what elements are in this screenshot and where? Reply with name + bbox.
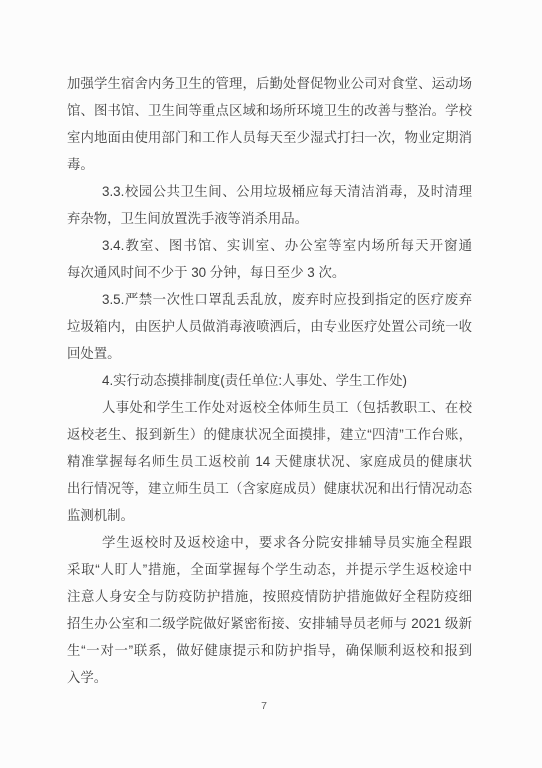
text-line: 毒。 [67, 151, 472, 178]
text-line: 3.3.校园公共卫生间、公用垃圾桶应每天清洁消毒，及时清理废 [67, 178, 472, 205]
text-block: 加强学生宿舍内务卫生的管理，后勤处督促物业公司对食堂、运动场馆、图书馆、卫生间等… [67, 70, 472, 691]
text-line: 人事处和学生工作处对返校全体师生员工（包括教职工、在校生、 [67, 394, 472, 421]
text-line: 垃圾箱内，由医护人员做消毒液喷洒后，由专业医疗处置公司统一收 [67, 313, 472, 340]
text-line: 入学。 [67, 664, 472, 691]
text-line: 回处置。 [67, 340, 472, 367]
text-line: 加强学生宿舍内务卫生的管理，后勤处督促物业公司对食堂、运动场 [67, 70, 472, 97]
text-line: 3.5.严禁一次性口罩乱丢乱放，废弃时应投到指定的医疗废弃物 [67, 286, 472, 313]
text-line: 监测机制。 [67, 502, 472, 529]
text-line: 弃杂物，卫生间放置洗手液等消杀用品。 [67, 205, 472, 232]
text-line: 精准掌握每名师生员工返校前 14 天健康状况、家庭成员的健康状况、 [67, 448, 472, 475]
text-line: 学生返校时及返校途中，要求各分院安排辅导员实施全程跟踪， [67, 529, 472, 556]
text-line: 生“一对一”联系，做好健康提示和防护指导，确保顺利返校和报到 [67, 637, 472, 664]
text-line: 出行情况等，建立师生员工（含家庭成员）健康状况和出行情况动态 [67, 475, 472, 502]
text-line: 3.4.教室、图书馆、实训室、办公室等室内场所每天开窗通风， [67, 232, 472, 259]
text-line: 返校老生、报到新生）的健康状况全面摸排，建立“四清”工作台账， [67, 421, 472, 448]
text-line: 馆、图书馆、卫生间等重点区域和场所环境卫生的改善与整治。学校 [67, 97, 472, 124]
text-line: 采取“人盯人”措施，全面掌握每个学生动态，并提示学生返校途中 [67, 556, 472, 583]
text-line: 每次通风时间不少于 30 分钟，每日至少 3 次。 [67, 259, 472, 286]
text-line: 室内地面由使用部门和工作人员每天至少湿式打扫一次，物业定期消 [67, 124, 472, 151]
text-line: 4.实行动态摸排制度(责任单位:人事处、学生工作处) [67, 367, 472, 394]
document-page: 加强学生宿舍内务卫生的管理，后勤处督促物业公司对食堂、运动场馆、图书馆、卫生间等… [0, 0, 542, 768]
text-line: 注意人身安全与防疫防护措施，按照疫情防护措施做好全程防疫细节。 [67, 583, 472, 610]
text-line: 招生办公室和二级学院做好紧密衔接、安排辅导员老师与 2021 级新 [67, 610, 472, 637]
page-number: 7 [0, 699, 535, 713]
